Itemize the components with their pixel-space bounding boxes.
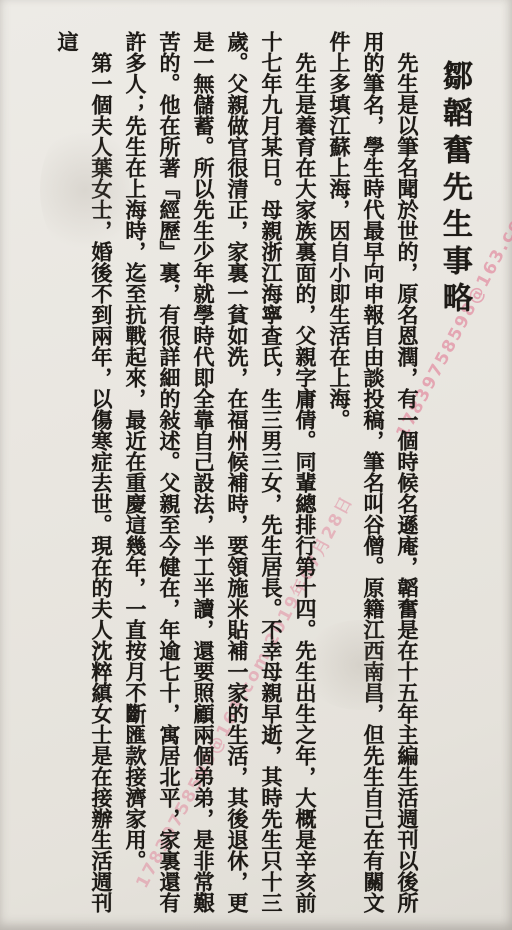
- body-paragraph: 先生是養育在大家族裏面的，父親字庸倩。同輩總排行第十四。先生出生之年，大概是辛亥…: [118, 31, 322, 930]
- body-paragraph: 先生是以筆名聞於世的，原名恩潤，有一個時候名遜庵，韜奮是在十五年主編生活週刊以後…: [322, 31, 424, 930]
- page-title: 鄒韜奮先生事略: [432, 60, 476, 319]
- document-body: 先生是以筆名聞於世的，原名恩潤，有一個時候名遜庵，韜奮是在十五年主編生活週刊以後…: [50, 0, 424, 930]
- body-paragraph: 第一個夫人葉女士，婚後不到兩年，以傷寒症去世。現在的夫人沈粹縝女士是在接辦生活週…: [50, 31, 118, 930]
- scanned-document-page: 17839758598@163.com 2019年07月28日 17839758…: [0, 0, 512, 930]
